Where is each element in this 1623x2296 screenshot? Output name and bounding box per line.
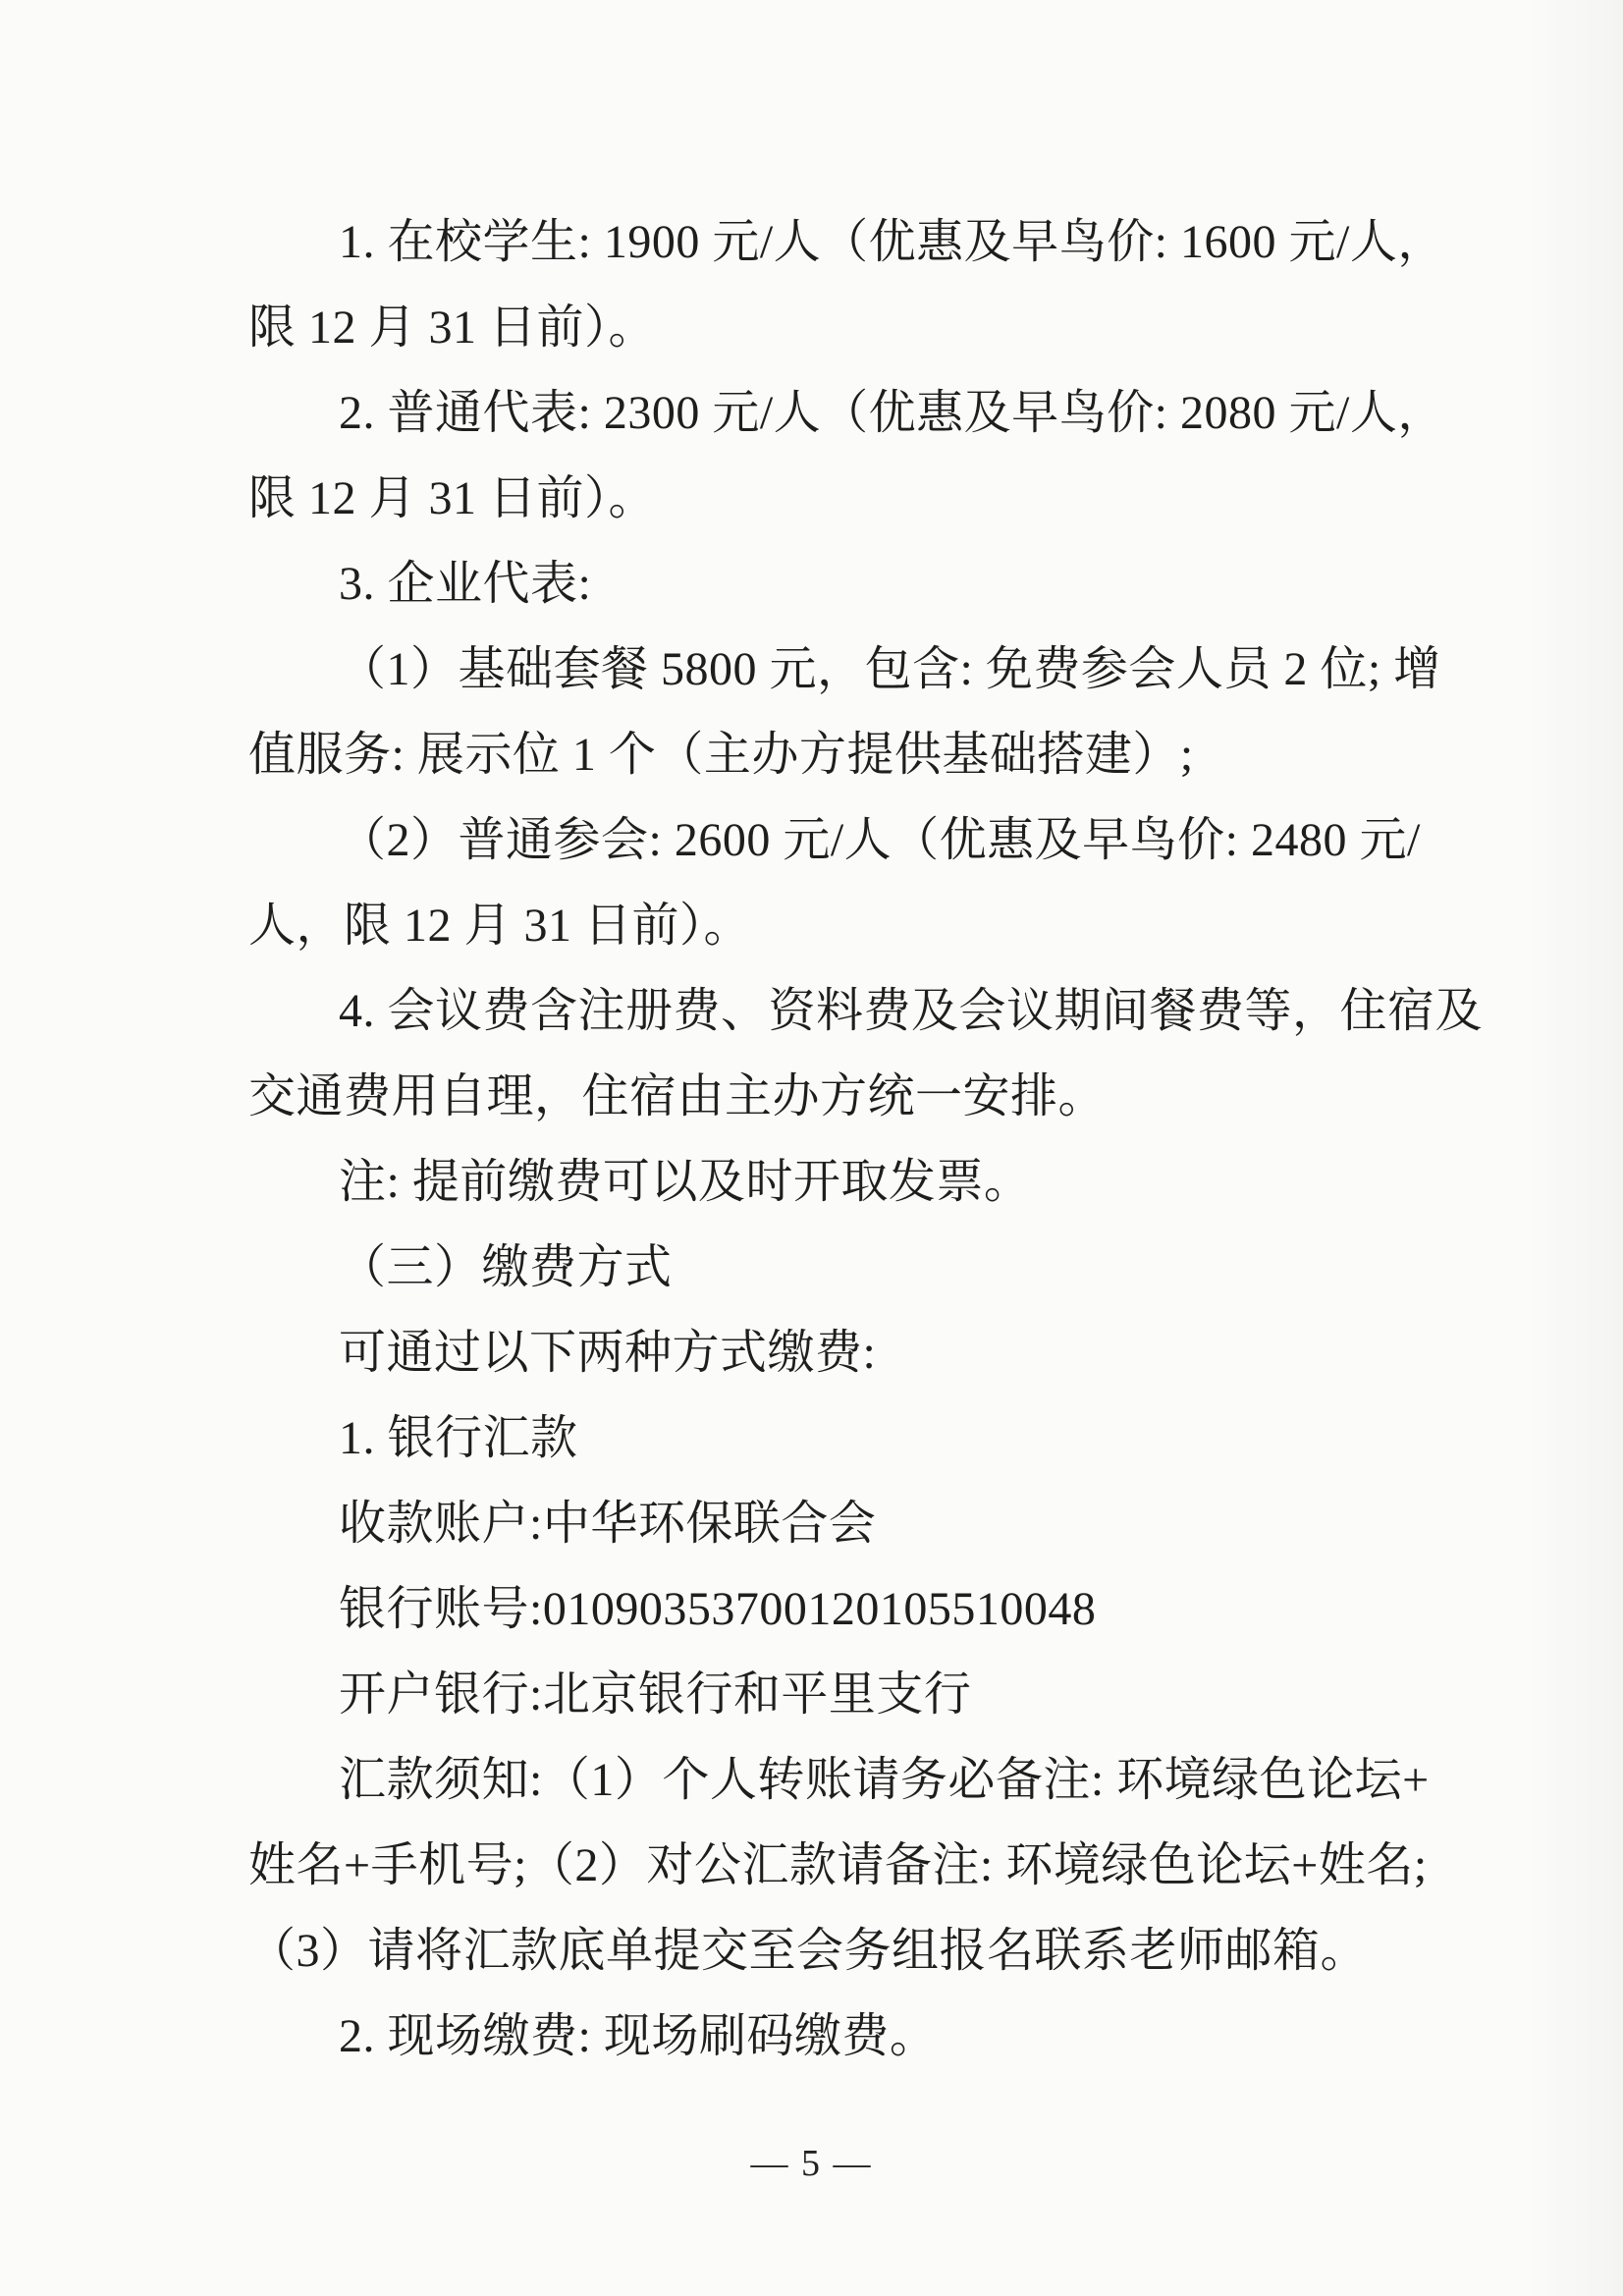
page-number: — 5 — xyxy=(0,2139,1623,2188)
document-body: 1. 在校学生: 1900 元/人（优惠及早鸟价: 1600 元/人， 限 12… xyxy=(248,199,1412,2079)
text-line-bank-branch: 开户银行:北京银行和平里支行 xyxy=(248,1652,1412,1737)
text-line-invoice-note: 注: 提前缴费可以及时开取发票。 xyxy=(248,1139,1412,1225)
text-line-onsite-payment: 2. 现场缴费: 现场刷码缴费。 xyxy=(248,1994,1412,2079)
text-line-bank-transfer: 1. 银行汇款 xyxy=(248,1395,1412,1481)
text-line-fee-includes-cont: 交通费用自理，住宿由主办方统一安排。 xyxy=(248,1054,1412,1139)
text-line-general-attend: （2）普通参会: 2600 元/人（优惠及早鸟价: 2480 元/ xyxy=(248,797,1412,883)
text-line-fee-includes: 4. 会议费含注册费、资料费及会议期间餐费等，住宿及 xyxy=(248,968,1412,1054)
text-line-basic-package-cont: 值服务: 展示位 1 个（主办方提供基础搭建）; xyxy=(248,712,1412,797)
text-line-general-attend-cont: 人，限 12 月 31 日前）。 xyxy=(248,883,1412,968)
document-page: 1. 在校学生: 1900 元/人（优惠及早鸟价: 1600 元/人， 限 12… xyxy=(0,0,1623,2296)
text-line-account-number: 银行账号:01090353700120105510048 xyxy=(248,1566,1412,1652)
text-line-remit-notes-cont1: 姓名+手机号;（2）对公汇款请备注: 环境绿色论坛+姓名; xyxy=(248,1823,1412,1908)
text-line-student-fee-cont: 限 12 月 31 日前）。 xyxy=(248,285,1412,370)
text-line-account-name: 收款账户:中华环保联合会 xyxy=(248,1481,1412,1566)
text-line-remit-notes-cont2: （3）请将汇款底单提交至会务组报名联系老师邮箱。 xyxy=(248,1908,1412,1994)
text-line-remit-notes: 汇款须知:（1）个人转账请务必备注: 环境绿色论坛+ xyxy=(248,1737,1412,1823)
text-line-payment-section: （三）缴费方式 xyxy=(248,1225,1412,1310)
text-line-regular-fee-cont: 限 12 月 31 日前）。 xyxy=(248,456,1412,541)
text-line-basic-package: （1）基础套餐 5800 元，包含: 免费参会人员 2 位; 增 xyxy=(248,627,1412,712)
text-line-payment-intro: 可通过以下两种方式缴费: xyxy=(248,1310,1412,1395)
text-line-enterprise-header: 3. 企业代表: xyxy=(248,541,1412,627)
text-line-regular-fee: 2. 普通代表: 2300 元/人（优惠及早鸟价: 2080 元/人， xyxy=(248,370,1412,456)
text-line-student-fee: 1. 在校学生: 1900 元/人（优惠及早鸟价: 1600 元/人， xyxy=(248,199,1412,285)
